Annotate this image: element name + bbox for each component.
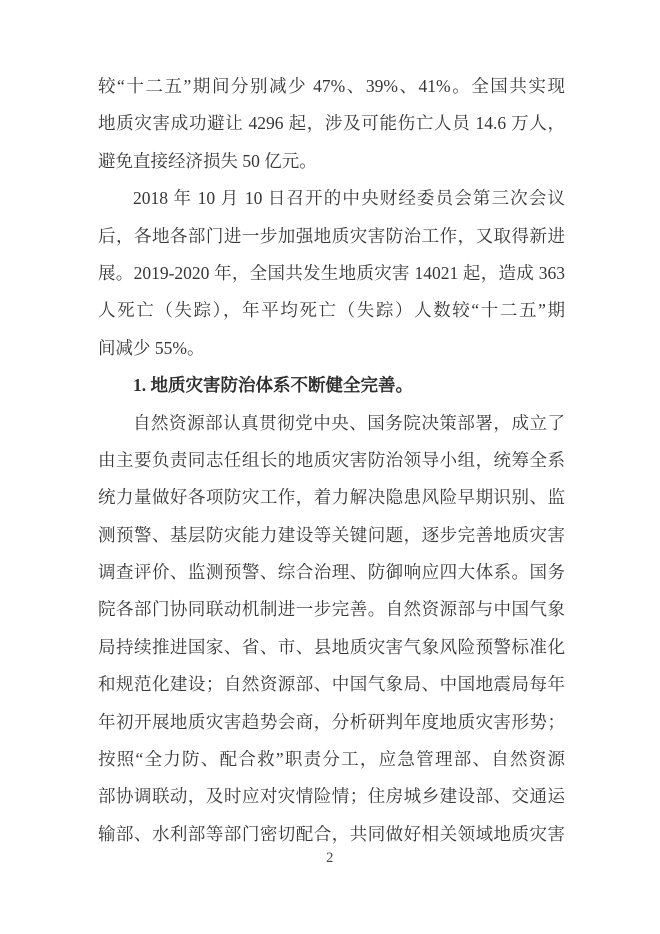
text-line: 按照“全力防、配合救”职责分工，应急管理部、自然资源 [98,741,565,778]
text-line: 和规范化建设；自然资源部、中国气象局、中国地震局每年 [98,666,565,703]
text-line: 调查评价、监测预警、综合治理、防御响应四大体系。国务 [98,554,565,591]
section-heading: 1. 地质灾害防治体系不断健全完善。 [98,367,565,404]
text-line: 避免直接经济损失 50 亿元。 [98,143,565,180]
text-line: 后，各地各部门进一步加强地质灾害防治工作，又取得新进 [98,218,565,255]
text-line: 人死亡（失踪），年平均死亡（失踪）人数较“十二五”期 [98,292,565,329]
text-line: 2018 年 10 月 10 日召开的中央财经委员会第三次会议 [98,180,565,217]
text-line: 部协调联动，及时应对灾情险情；住房城乡建设部、交通运 [98,778,565,815]
text-line: 自然资源部认真贯彻党中央、国务院决策部署，成立了 [98,405,565,442]
text-line: 局持续推进国家、省、市、县地质灾害气象风险预警标准化 [98,629,565,666]
text-line: 较“十二五”期间分别减少 47%、39%、41%。全国共实现 [98,68,565,105]
text-line: 间减少 55%。 [98,330,565,367]
text-line: 展。2019-2020 年，全国共发生地质灾害 14021 起，造成 363 [98,255,565,292]
text-line: 年初开展地质灾害趋势会商，分析研判年度地质灾害形势； [98,704,565,741]
text-line: 地质灾害成功避让 4296 起，涉及可能伤亡人员 14.6 万人， [98,105,565,142]
text-block: 较“十二五”期间分别减少 47%、39%、41%。全国共实现地质灾害成功避让 4… [98,68,565,853]
text-line: 院各部门协同联动机制进一步完善。自然资源部与中国气象 [98,591,565,628]
page-number: 2 [0,850,660,867]
text-line: 输部、水利部等部门密切配合，共同做好相关领域地质灾害 [98,816,565,853]
text-line: 测预警、基层防灾能力建设等关键问题，逐步完善地质灾害 [98,517,565,554]
text-line: 由主要负责同志任组长的地质灾害防治领导小组，统筹全系 [98,442,565,479]
text-line: 统力量做好各项防灾工作，着力解决隐患风险早期识别、监 [98,479,565,516]
document-page: 较“十二五”期间分别减少 47%、39%、41%。全国共实现地质灾害成功避让 4… [0,0,660,934]
